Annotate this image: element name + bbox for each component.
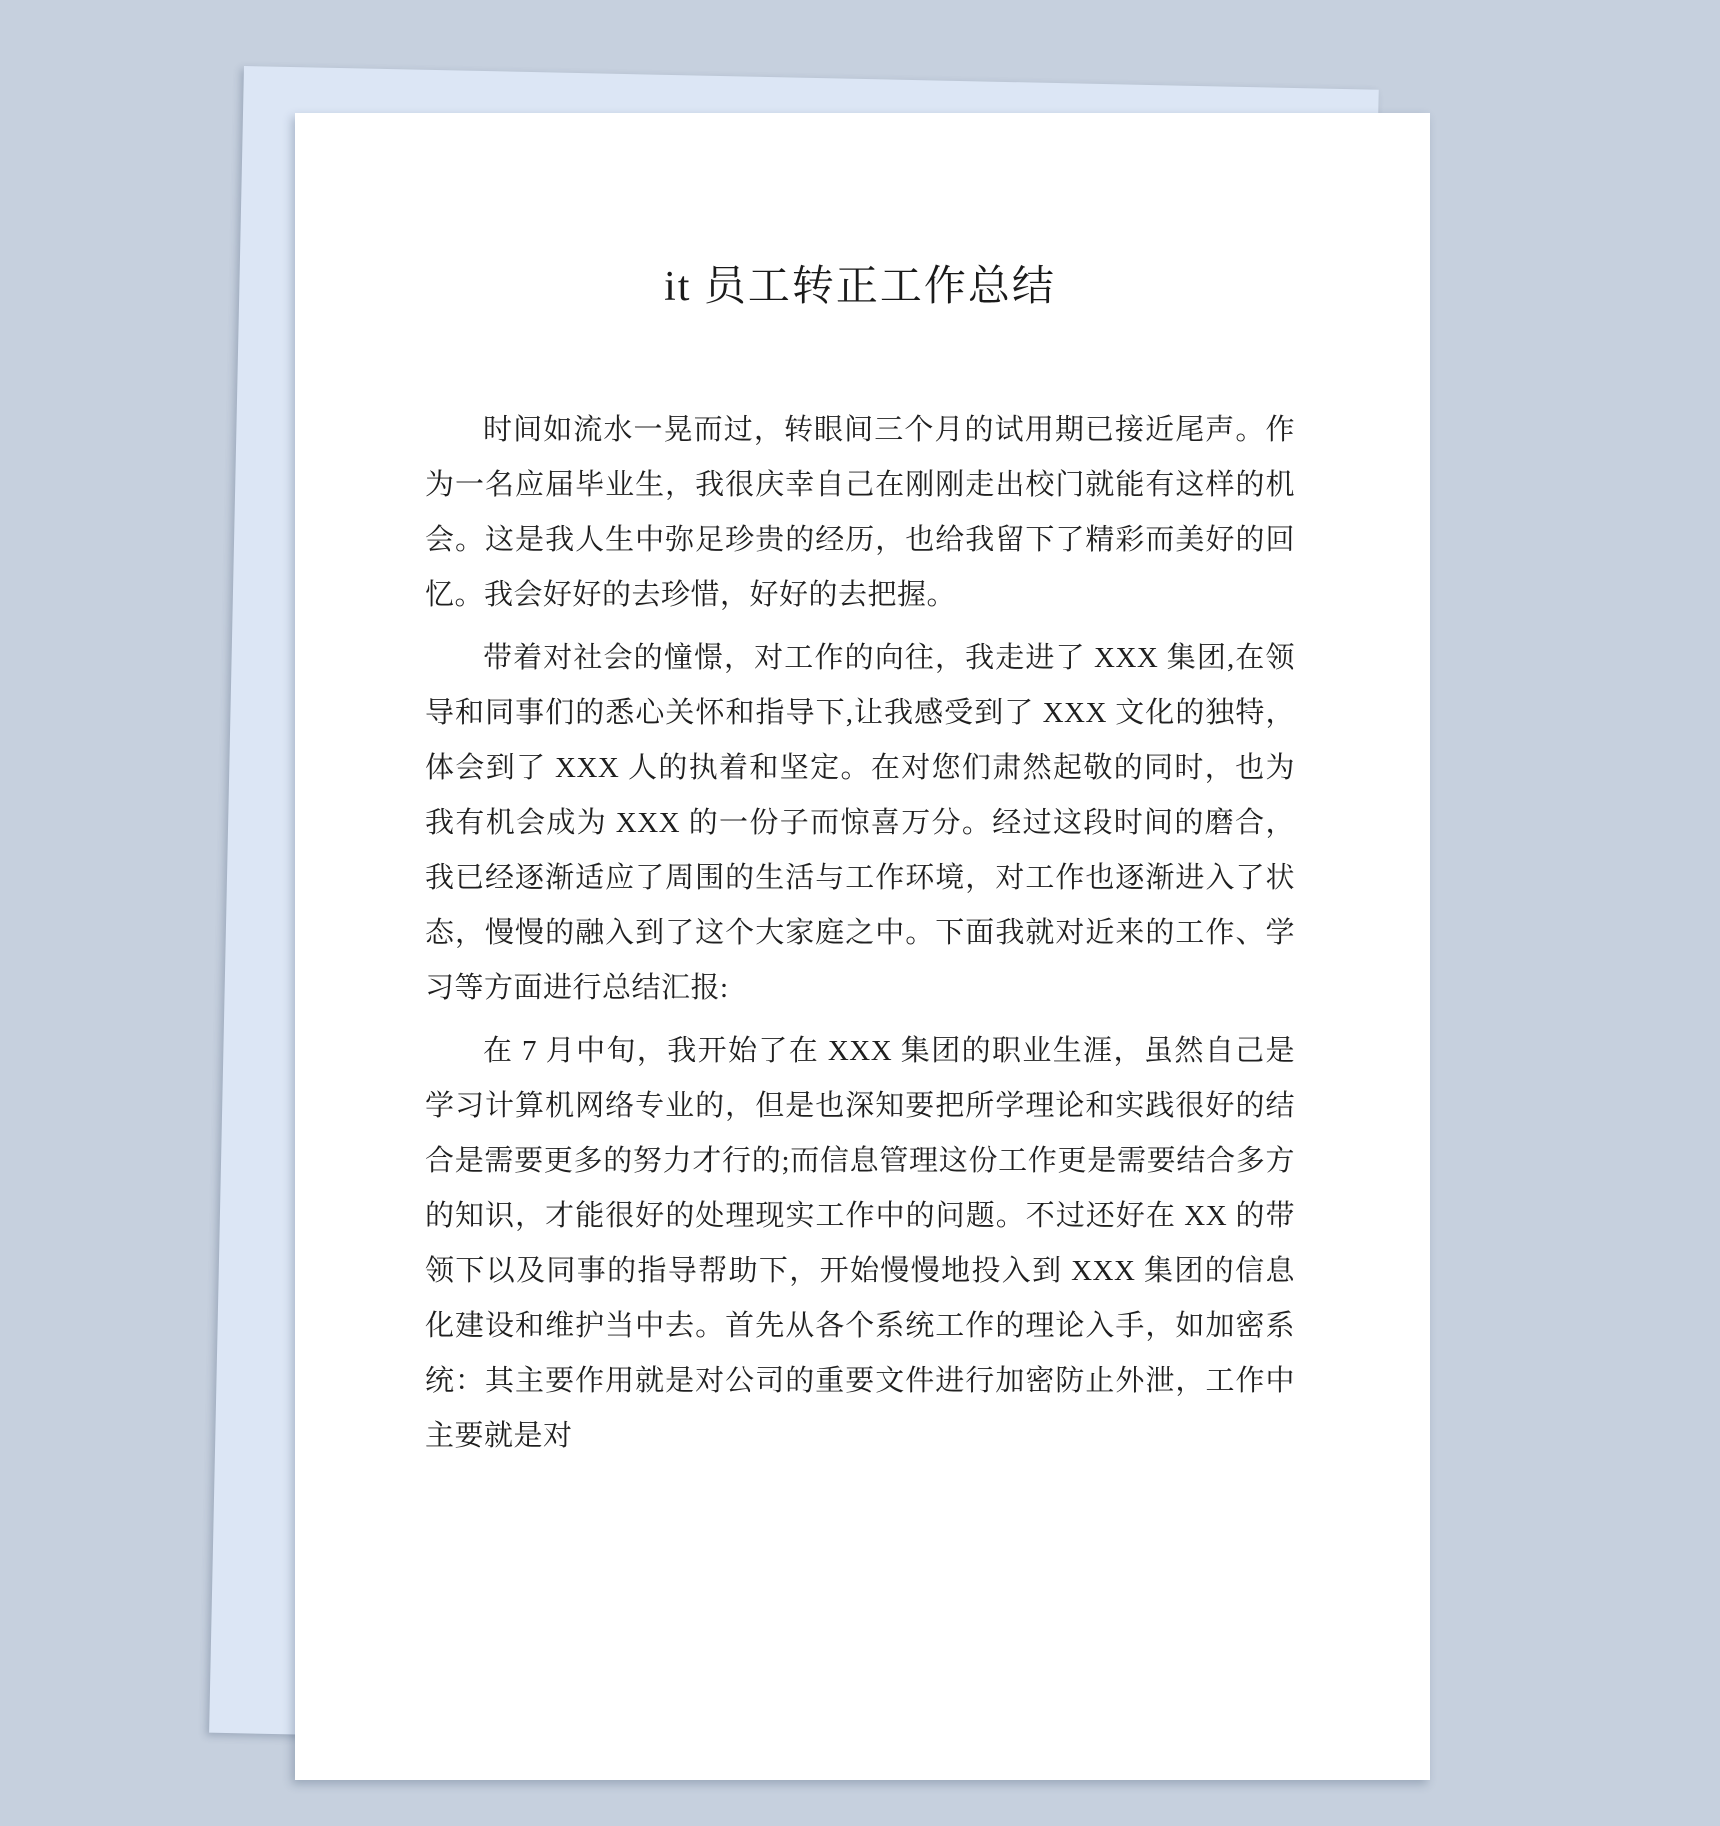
paragraph-2: 带着对社会的憧憬，对工作的向往，我走进了 XXX 集团,在领导和同事们的悉心关怀… [425,631,1295,1016]
page-content: it 员工转正工作总结 时间如流水一晃而过，转眼间三个月的试用期已接近尾声。作为… [295,113,1430,1780]
document-title: it 员工转正工作总结 [425,253,1295,313]
document-page: it 员工转正工作总结 时间如流水一晃而过，转眼间三个月的试用期已接近尾声。作为… [295,113,1430,1780]
paragraph-3: 在 7 月中旬，我开始了在 XXX 集团的职业生涯，虽然自己是学习计算机网络专业… [425,1024,1295,1464]
document-preview-canvas: it 员工转正工作总结 时间如流水一晃而过，转眼间三个月的试用期已接近尾声。作为… [0,0,1720,1826]
paragraph-1: 时间如流水一晃而过，转眼间三个月的试用期已接近尾声。作为一名应届毕业生，我很庆幸… [425,403,1295,623]
